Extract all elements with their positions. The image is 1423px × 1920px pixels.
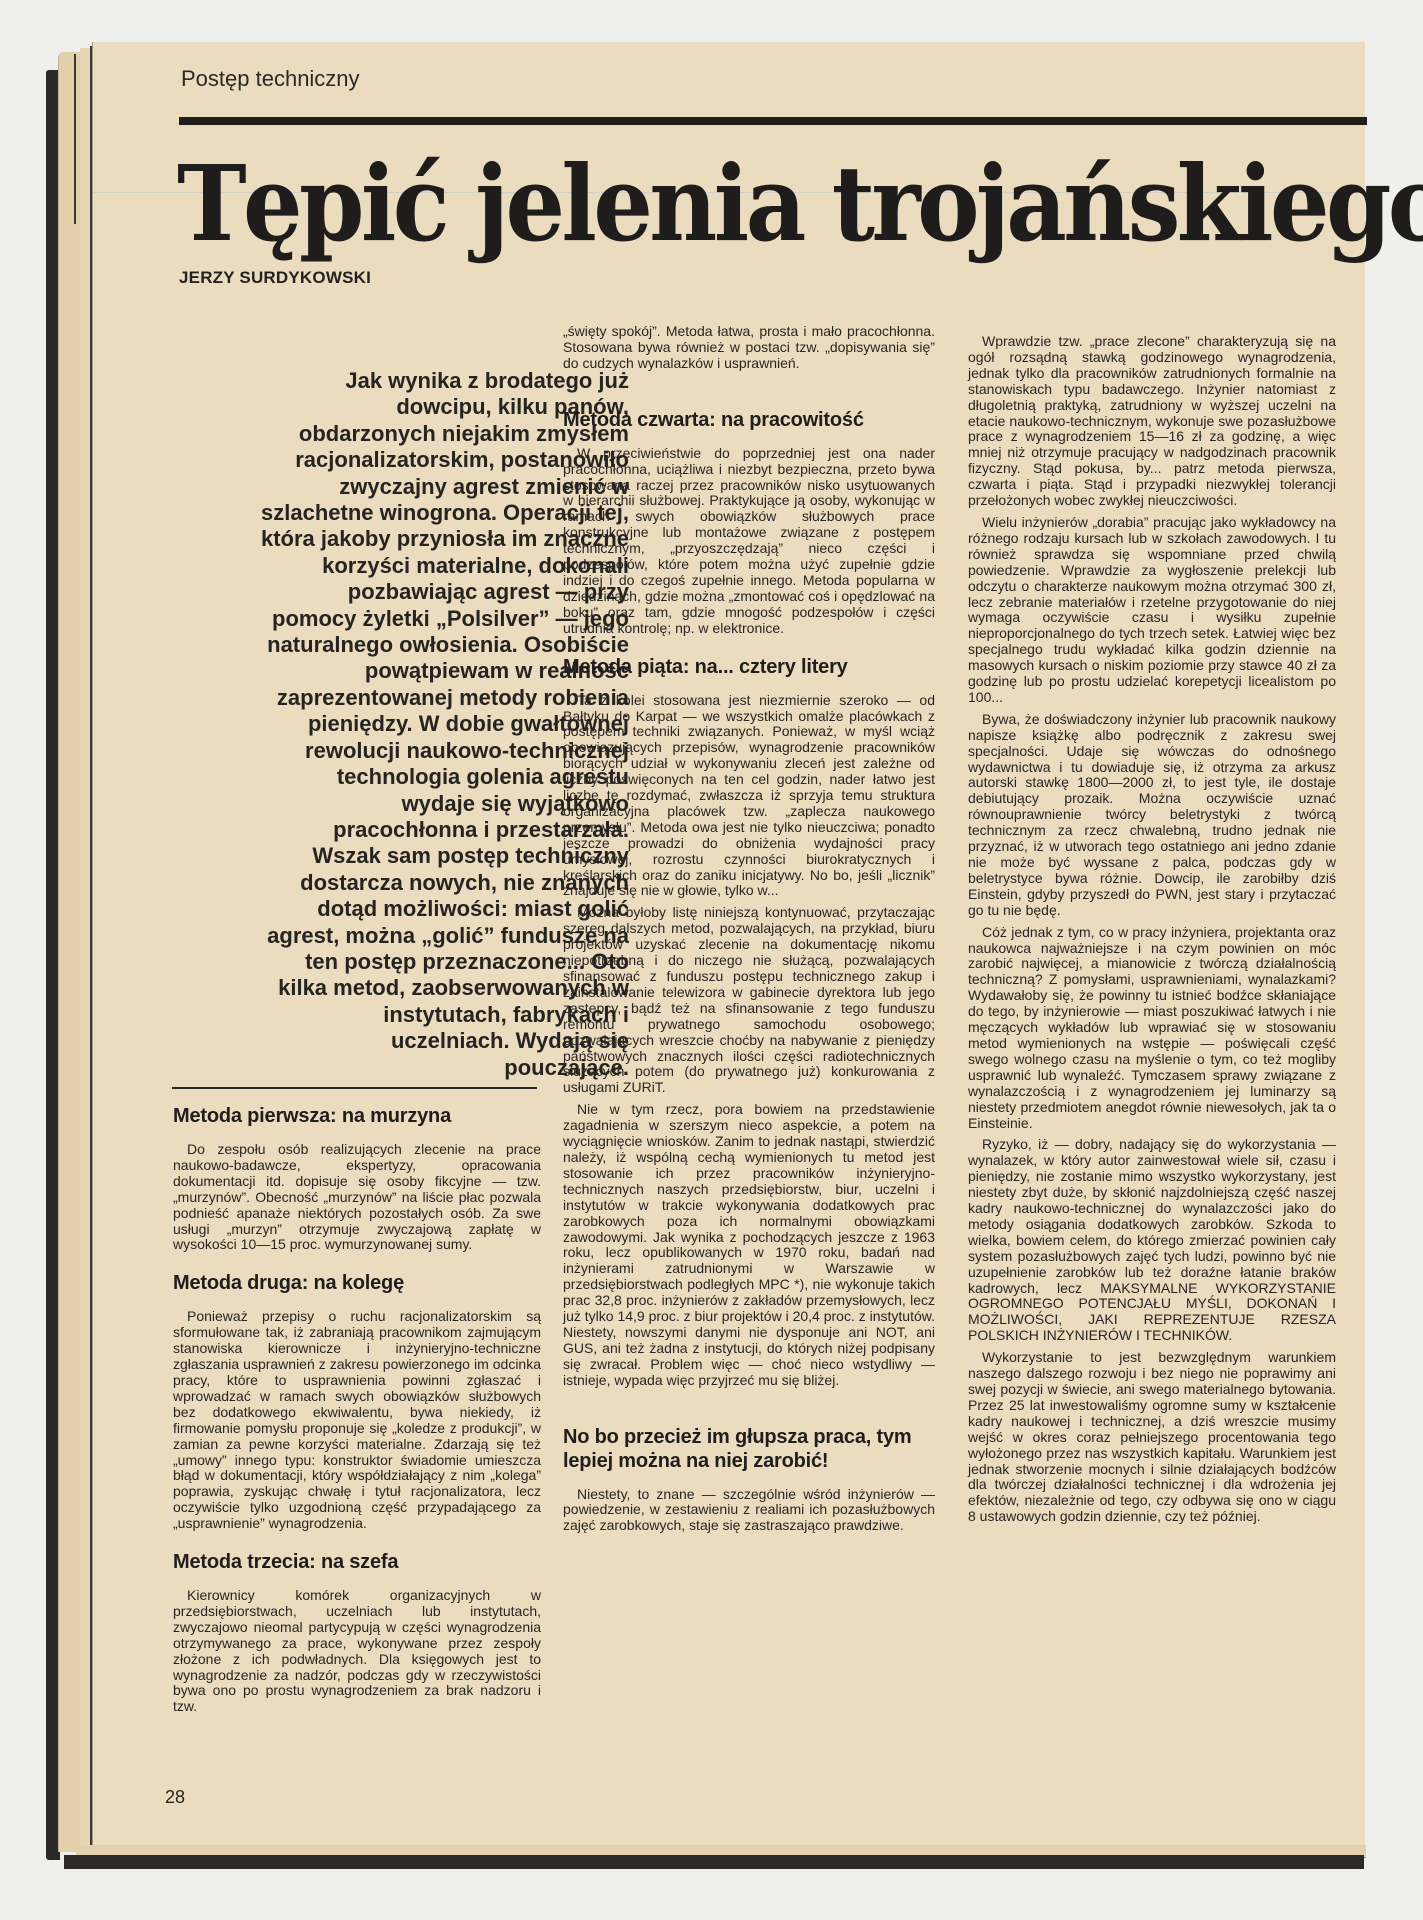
paragraph: Kierownicy komórek organizacyjnych w prz…: [173, 1588, 541, 1715]
paragraph: Wykorzystanie to jest bezwzględnym warun…: [968, 1350, 1336, 1525]
page-stack-line: [74, 54, 76, 224]
paragraph: Wprawdzie tzw. „prace zlecone” charakter…: [968, 334, 1336, 509]
section-label: Postęp techniczny: [181, 66, 360, 92]
page-number: 28: [165, 1787, 185, 1808]
paragraph-continued: „święty spokój”. Metoda łatwa, prosta i …: [563, 324, 935, 372]
section-heading: Metoda pierwsza: na murzyna: [173, 1104, 541, 1128]
section-heading: Metoda druga: na kolegę: [173, 1271, 541, 1295]
paragraph: Bywa, że doświadczony inżynier lub praco…: [968, 712, 1336, 919]
lead-divider: [172, 1087, 537, 1089]
section-heading: Metoda piąta: na... cztery litery: [563, 655, 935, 679]
magazine-page: Postęp techniczny Tępić jelenia trojańsk…: [92, 42, 1365, 1845]
column-middle: „święty spokój”. Metoda łatwa, prosta i …: [563, 324, 935, 1534]
paragraph: W przeciwieństwie do poprzedniej jest on…: [563, 446, 935, 637]
paragraph: Nie w tym rzecz, pora bowiem na przedsta…: [563, 1102, 935, 1388]
paragraph: Ponieważ przepisy o ruchu racjonalizator…: [173, 1309, 541, 1532]
article-title: Tępić jelenia trojańskiego!: [177, 142, 1257, 265]
paragraph: Do zespołu osób realizujących zlecenie n…: [173, 1142, 541, 1253]
header-rule: [179, 117, 1367, 125]
paragraph: Mozna byłoby listę niniejszą kontynuować…: [563, 905, 935, 1096]
paragraph: Cóż jednak z tym, co w pracy inżyniera, …: [968, 925, 1336, 1132]
magazine-bottom-shadow: [64, 1855, 1364, 1869]
section-heading: Metoda czwarta: na pracowitość: [563, 408, 935, 432]
paragraph: Ryzyko, iż — dobry, nadający się do wyko…: [968, 1137, 1336, 1344]
section-heading: No bo przecież im głupsza praca, tym lep…: [563, 1425, 935, 1473]
column-left: Metoda pierwsza: na murzyna Do zespołu o…: [173, 1104, 541, 1715]
section-heading: Metoda trzecia: na szefa: [173, 1550, 541, 1574]
article-author: JERZY SURDYKOWSKI: [179, 268, 371, 288]
column-right: Wprawdzie tzw. „prace zlecone” charakter…: [968, 334, 1336, 1525]
paragraph: Niestety, to znane — szczególnie wśród i…: [563, 1487, 935, 1535]
paragraph: Ta z kolei stosowana jest niezmiernie sz…: [563, 693, 935, 900]
paragraph: Wielu inżynierów „dorabia” pracując jako…: [968, 515, 1336, 706]
